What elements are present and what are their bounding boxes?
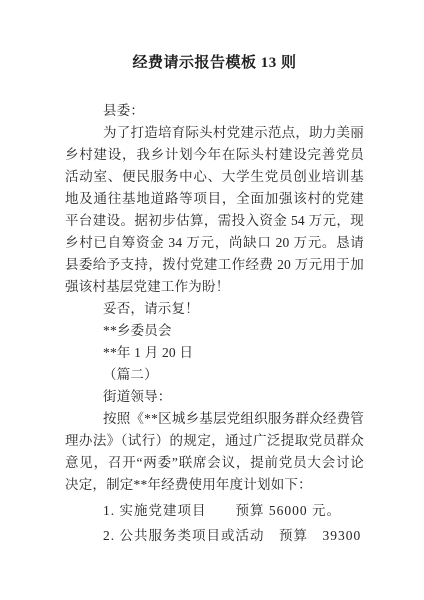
signature-date: **年 1 月 20 日: [65, 342, 364, 364]
salutation-street-leaders: 街道领导：: [65, 386, 364, 408]
budget-item-public-service: 2. 公共服务类项目或活动 预算 39300: [65, 525, 364, 547]
salutation-county-committee: 县委：: [65, 100, 364, 122]
body-paragraph-request: 为了打造培育际头村党建示范点，助力美丽乡村建设，我乡计划今年在际头村建设完善党员…: [65, 122, 364, 298]
closing-line: 妥否，请示复！: [65, 298, 364, 320]
document-title: 经费请示报告模板 13 则: [65, 52, 364, 74]
signature-committee: **乡委员会: [65, 320, 364, 342]
budget-item-party-building: 1. 实施党建项目 预算 56000 元。: [65, 500, 364, 522]
body-paragraph-plan: 按照《**区城乡基层党组织服务群众经费管理办法》（试行）的规定，通过广泛提取党员…: [65, 408, 364, 496]
document-page: 经费请示报告模板 13 则 县委： 为了打造培育际头村党建示范点，助力美丽乡村建…: [0, 0, 424, 600]
section-heading-part-two: （篇二）: [65, 364, 364, 386]
